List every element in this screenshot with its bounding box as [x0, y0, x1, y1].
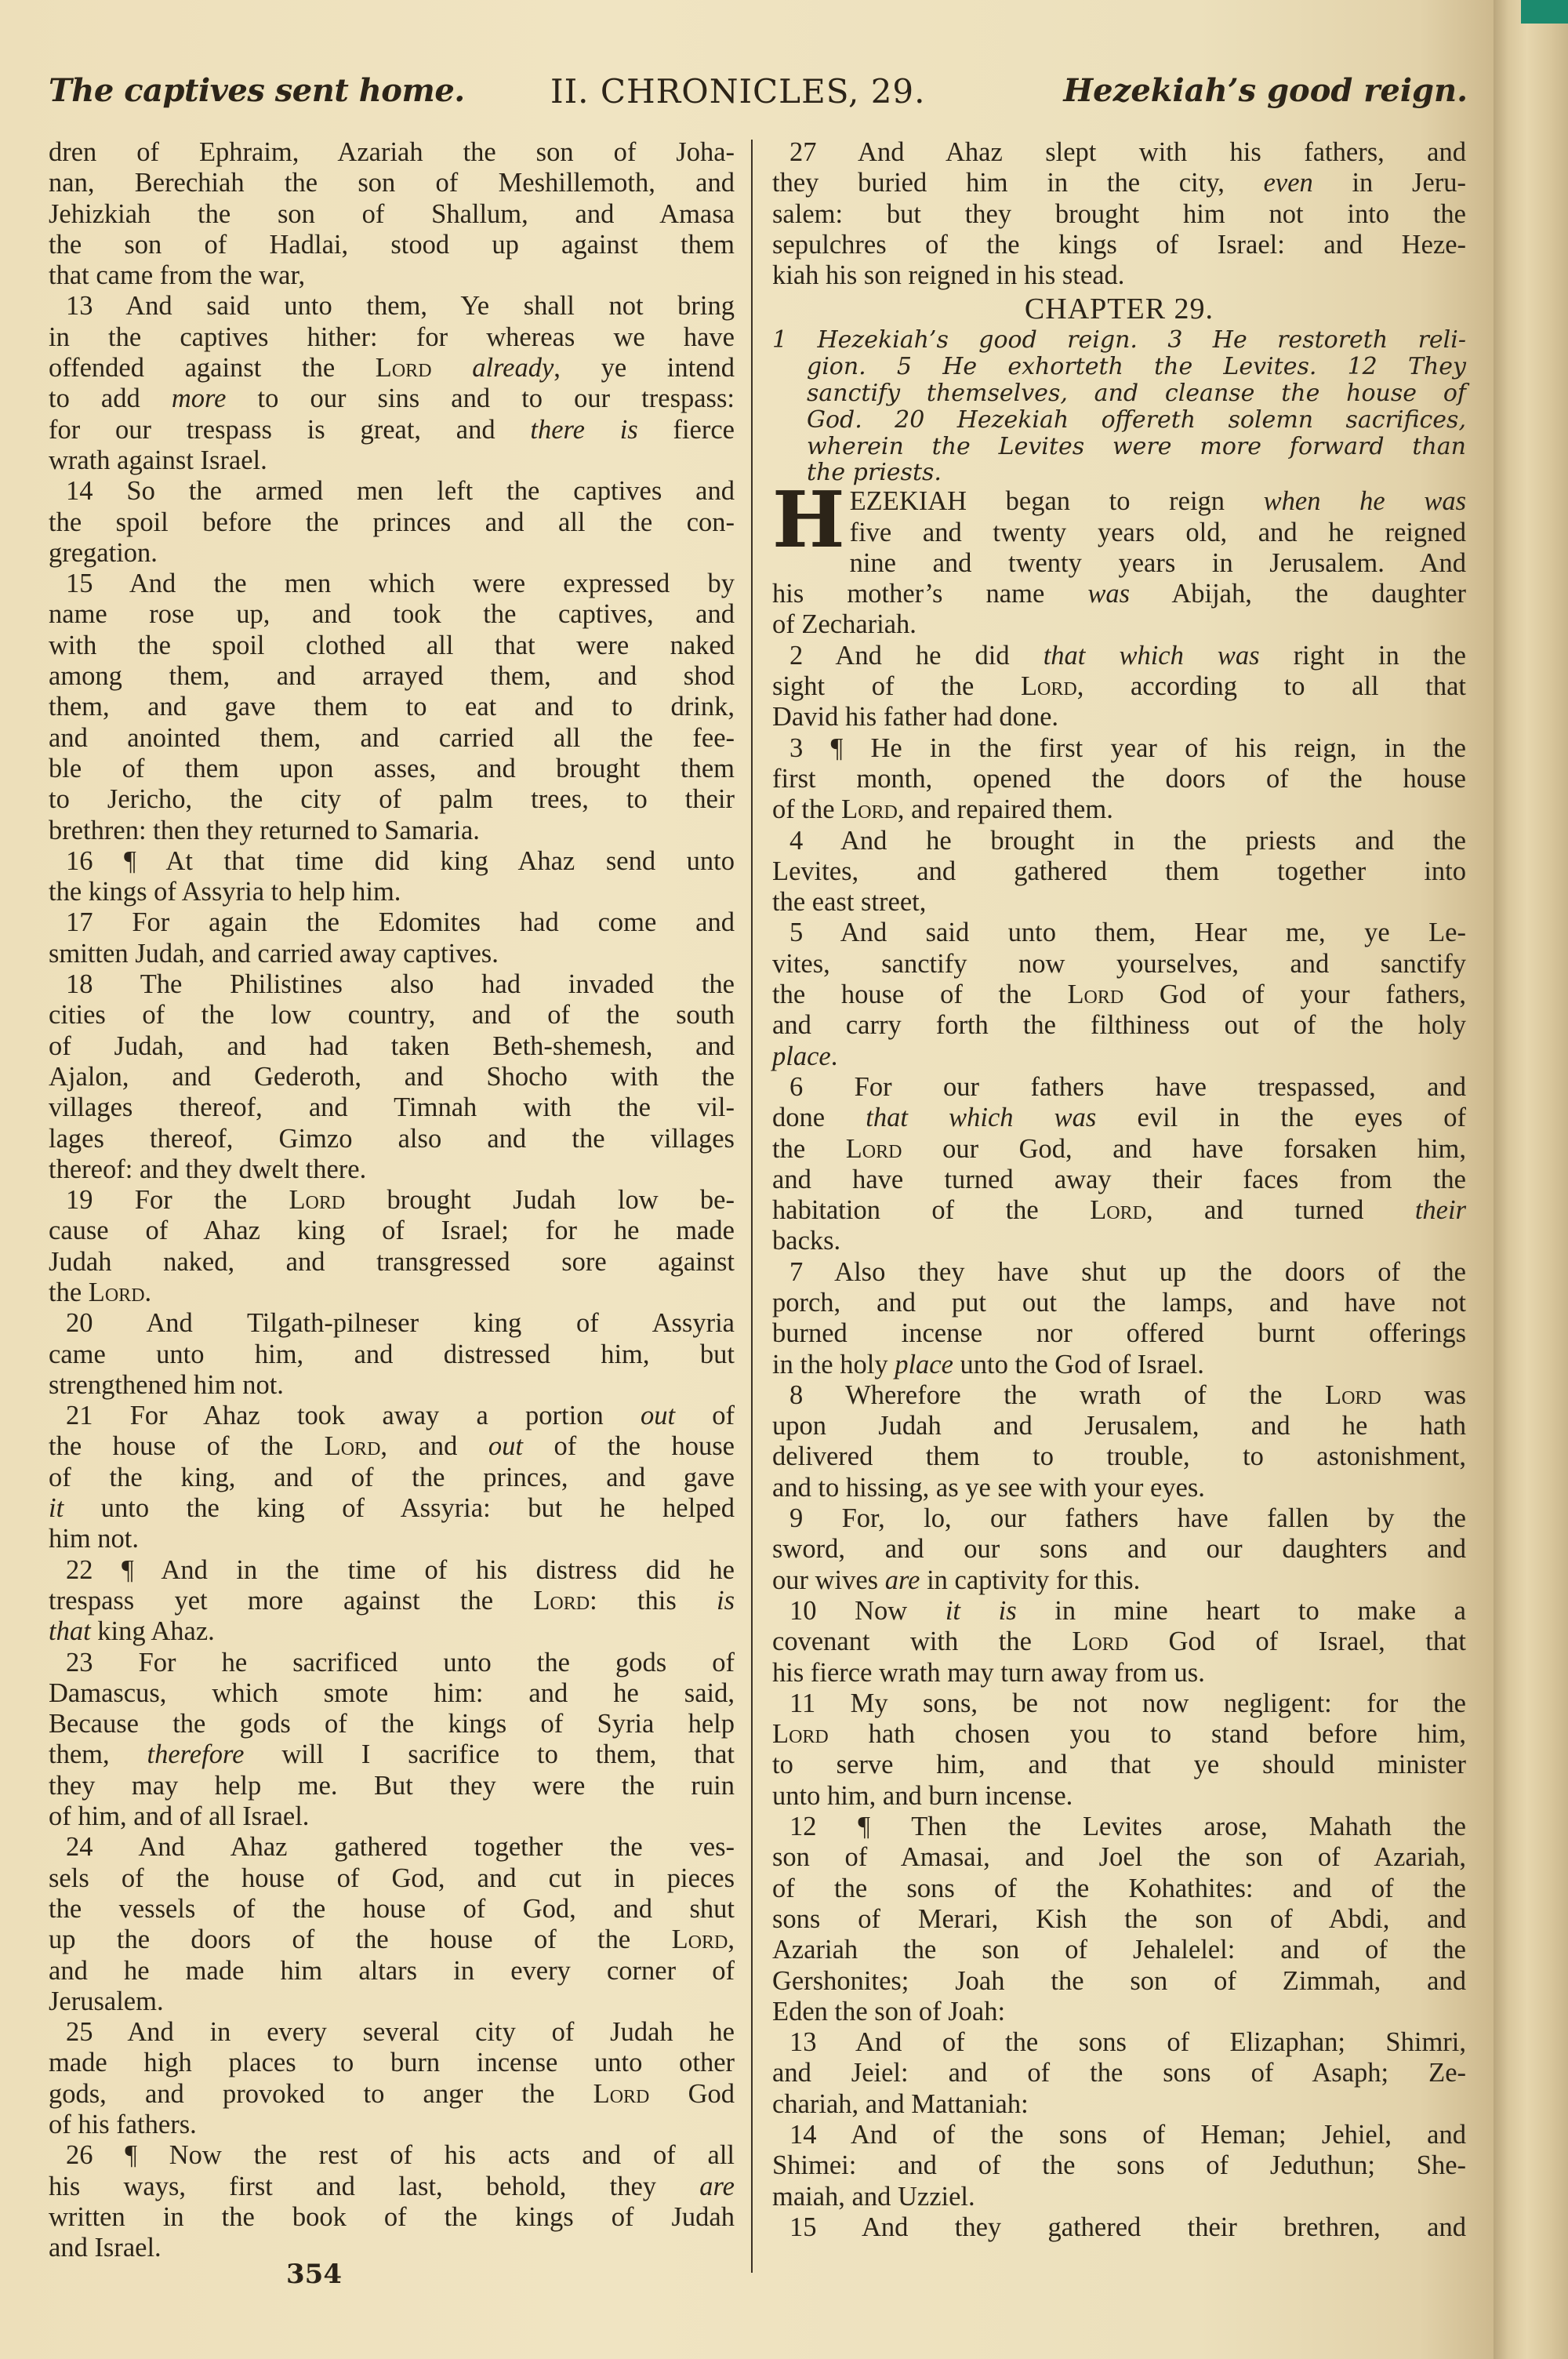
- text-line: 17 For again the Edomites had come and: [49, 907, 735, 938]
- text-line: of the Lord, and repaired them.: [772, 794, 1466, 825]
- text-line: nine and twenty years in Jerusalem. And: [772, 548, 1466, 579]
- text-line: and anointed them, and carried all the f…: [49, 723, 735, 754]
- text-line: maiah, and Uzziel.: [772, 2182, 1466, 2212]
- text-line: 2 And he did that which was right in the: [772, 641, 1466, 671]
- text-line: EZEKIAH began to reign when he was: [772, 486, 1466, 517]
- text-line: in the holy place unto the God of Israel…: [772, 1350, 1466, 1380]
- text-line: villages thereof, and Timnah with the vi…: [49, 1092, 735, 1123]
- text-line: 7 Also they have shut up the doors of th…: [772, 1257, 1466, 1288]
- summary-line: gion. 5 He exhorteth the Levites. 12 The…: [772, 354, 1466, 380]
- text-line: Damascus, which smote him: and he said,: [49, 1678, 735, 1709]
- drop-cap-lines: EZEKIAH began to reign when he wasfive a…: [772, 486, 1466, 548]
- text-line: Eden the son of Joah:: [772, 1997, 1466, 2027]
- text-line: 12 ¶ Then the Levites arose, Mahath the: [772, 1812, 1466, 1842]
- chapter-summary: 1 Hezekiah’s good reign. 3 He restoreth …: [772, 327, 1466, 486]
- text-line: made high places to burn incense unto ot…: [49, 2048, 735, 2078]
- text-line: 22 ¶ And in the time of his distress did…: [49, 1555, 735, 1586]
- text-line: of him, and of all Israel.: [49, 1801, 735, 1832]
- text-line: Because the gods of the kings of Syria h…: [49, 1709, 735, 1739]
- text-line: Shimei: and of the sons of Jeduthun; She…: [772, 2150, 1466, 2181]
- text-line: them, and gave them to eat and to drink,: [49, 692, 735, 722]
- text-line: sight of the Lord, according to all that: [772, 671, 1466, 702]
- text-line: Gershonites; Joah the son of Zimmah, and: [772, 1966, 1466, 1997]
- running-head-right: Hezekiah’s good reign.: [1063, 72, 1468, 109]
- text-line: 13 And of the sons of Elizaphan; Shimri,: [772, 2027, 1466, 2058]
- text-line: cause of Ahaz king of Israel; for he mad…: [49, 1216, 735, 1246]
- text-line: they buried him in the city, even in Jer…: [772, 168, 1466, 198]
- chapter-heading: CHAPTER 29.: [772, 293, 1466, 325]
- text-line: up the doors of the house of the Lord,: [49, 1925, 735, 1955]
- text-line: of the king, and of the princes, and gav…: [49, 1463, 735, 1493]
- running-head-left: The captives sent home.: [49, 72, 465, 109]
- text-line: his ways, first and last, behold, they a…: [49, 2172, 735, 2202]
- text-line: 24 And Ahaz gathered together the ves-: [49, 1832, 735, 1863]
- text-line: Azariah the son of Jehalelel: and of the: [772, 1935, 1466, 1965]
- text-line: strengthened him not.: [49, 1370, 735, 1401]
- text-line: kiah his son reigned in his stead.: [772, 260, 1466, 291]
- text-line: and have turned away their faces from th…: [772, 1165, 1466, 1195]
- text-line: 25 And in every several city of Judah he: [49, 2017, 735, 2048]
- text-line: the son of Hadlai, stood up against them: [49, 230, 735, 260]
- text-line: habitation of the Lord, and turned their: [772, 1195, 1466, 1226]
- text-line: of the sons of the Kohathites: and of th…: [772, 1874, 1466, 1904]
- summary-line: sanctify themselves, and cleanse the hou…: [772, 380, 1466, 407]
- text-line: cities of the low country, and of the so…: [49, 1000, 735, 1030]
- text-line: 16 ¶ At that time did king Ahaz send unt…: [49, 846, 735, 877]
- text-line: ble of them upon asses, and brought them: [49, 754, 735, 784]
- left-column: dren of Ephraim, Azariah the son of Joha…: [49, 137, 735, 2263]
- text-line: 14 And of the sons of Heman; Jehiel, and: [772, 2120, 1466, 2150]
- text-line: delivered them to trouble, to astonishme…: [772, 1441, 1466, 1472]
- column-rule: [751, 140, 753, 2273]
- text-line: chariah, and Mattaniah:: [772, 2089, 1466, 2120]
- text-line: his mother’s name was Abijah, the daught…: [772, 579, 1466, 609]
- green-cover-corner: [1521, 0, 1568, 24]
- text-line: salem: but they brought him not into the: [772, 199, 1466, 230]
- summary-line: God. 20 Hezekiah offereth solemn sacrifi…: [772, 407, 1466, 434]
- text-line: 26 ¶ Now the rest of his acts and of all: [49, 2140, 735, 2171]
- text-line: with the spoil clothed all that were nak…: [49, 631, 735, 661]
- text-line: the east street,: [772, 887, 1466, 918]
- text-line: name rose up, and took the captives, and: [49, 599, 735, 630]
- text-line: that came from the war,: [49, 260, 735, 291]
- text-line: 23 For he sacrificed unto the gods of: [49, 1648, 735, 1678]
- text-line: sword, and our sons and our daughters an…: [772, 1534, 1466, 1565]
- text-line: offended against the Lord already, ye in…: [49, 353, 735, 383]
- text-line: to serve him, and that ye should ministe…: [772, 1750, 1466, 1780]
- text-line: trespass yet more against the Lord: this…: [49, 1586, 735, 1616]
- text-line: 13 And said unto them, Ye shall not brin…: [49, 291, 735, 322]
- summary-line: the priests.: [772, 460, 1466, 486]
- text-line: gregation.: [49, 538, 735, 569]
- text-line: 3 ¶ He in the first year of his reign, i…: [772, 733, 1466, 764]
- text-line: sepulchres of the kings of Israel: and H…: [772, 230, 1466, 260]
- text-line: written in the book of the kings of Juda…: [49, 2202, 735, 2233]
- text-line: wrath against Israel.: [49, 445, 735, 476]
- text-line: backs.: [772, 1226, 1466, 1256]
- text-line: the Lord our God, and have forsaken him,: [772, 1134, 1466, 1165]
- text-line: to add more to our sins and to our tresp…: [49, 383, 735, 414]
- text-line: in the captives hither: for whereas we h…: [49, 322, 735, 353]
- text-line: Ajalon, and Gederoth, and Shocho with th…: [49, 1062, 735, 1092]
- text-line: his fierce wrath may turn away from us.: [772, 1658, 1466, 1688]
- text-line: five and twenty years old, and he reigne…: [772, 518, 1466, 548]
- text-line: son of Amasai, and Joel the son of Azari…: [772, 1842, 1466, 1873]
- text-line: place.: [772, 1041, 1466, 1072]
- text-line: 18 The Philistines also had invaded the: [49, 969, 735, 1000]
- text-line: them, therefore will I sacrifice to them…: [49, 1739, 735, 1770]
- text-line: 8 Wherefore the wrath of the Lord was: [772, 1380, 1466, 1411]
- chapter-opening: H EZEKIAH began to reign when he wasfive…: [772, 486, 1466, 548]
- text-line: David his father had done.: [772, 702, 1466, 732]
- text-line: it unto the king of Assyria: but he help…: [49, 1493, 735, 1524]
- text-line: nan, Berechiah the son of Meshillemoth, …: [49, 168, 735, 198]
- text-line: 15 And they gathered their brethren, and: [772, 2212, 1466, 2243]
- text-line: the kings of Assyria to help him.: [49, 877, 735, 907]
- text-line: 20 And Tilgath-pilneser king of Assyria: [49, 1308, 735, 1339]
- text-line: came unto him, and distressed him, but: [49, 1339, 735, 1370]
- text-line: for our trespass is great, and there is …: [49, 415, 735, 445]
- text-line: the Lord.: [49, 1278, 735, 1308]
- text-line: unto him, and burn incense.: [772, 1781, 1466, 1812]
- text-line: Jehizkiah the son of Shallum, and Amasa: [49, 199, 735, 230]
- text-line: 9 For, lo, our fathers have fallen by th…: [772, 1503, 1466, 1534]
- right-column-body: nine and twenty years in Jerusalem. Andh…: [772, 548, 1466, 2243]
- verse-block-27: 27 And Ahaz slept with his fathers, andt…: [772, 137, 1466, 291]
- text-line: and to hissing, as ye see with your eyes…: [772, 1473, 1466, 1503]
- text-line: Judah naked, and transgressed sore again…: [49, 1247, 735, 1278]
- text-line: Levites, and gathered them together into: [772, 856, 1466, 887]
- text-line: to Jericho, the city of palm trees, to t…: [49, 784, 735, 815]
- text-line: thereof: and they dwelt there.: [49, 1154, 735, 1185]
- summary-line: wherein the Levites were more forward th…: [772, 434, 1466, 460]
- text-line: that king Ahaz.: [49, 1616, 735, 1647]
- text-line: the spoil before the princes and all the…: [49, 507, 735, 538]
- text-line: sels of the house of God, and cut in pie…: [49, 1863, 735, 1894]
- text-line: 15 And the men which were expressed by: [49, 569, 735, 599]
- text-line: porch, and put out the lamps, and have n…: [772, 1288, 1466, 1318]
- text-line: covenant with the Lord God of Israel, th…: [772, 1627, 1466, 1657]
- text-line: 14 So the armed men left the captives an…: [49, 476, 735, 507]
- text-line: vites, sanctify now yourselves, and sanc…: [772, 949, 1466, 980]
- text-line: 21 For Ahaz took away a portion out of: [49, 1401, 735, 1431]
- book-gutter: [1494, 0, 1568, 2359]
- text-line: gods, and provoked to anger the Lord God: [49, 2079, 735, 2110]
- text-line: our wives are in captivity for this.: [772, 1565, 1466, 1596]
- text-line: done that which was evil in the eyes of: [772, 1103, 1466, 1133]
- text-line: the house of the Lord, and out of the ho…: [49, 1431, 735, 1462]
- text-line: 5 And said unto them, Hear me, ye Le-: [772, 918, 1466, 948]
- text-line: of his fathers.: [49, 2110, 735, 2140]
- text-line: among them, and arrayed them, and shod: [49, 661, 735, 692]
- text-line: 19 For the Lord brought Judah low be-: [49, 1185, 735, 1216]
- text-line: lages thereof, Gimzo also and the villag…: [49, 1124, 735, 1154]
- text-line: sons of Merari, Kish the son of Abdi, an…: [772, 1904, 1466, 1935]
- text-line: 6 For our fathers have trespassed, and: [772, 1072, 1466, 1103]
- text-line: burned incense nor offered burnt offerin…: [772, 1318, 1466, 1349]
- text-line: 4 And he brought in the priests and the: [772, 826, 1466, 856]
- text-line: upon Judah and Jerusalem, and he hath: [772, 1411, 1466, 1441]
- text-line: him not.: [49, 1524, 735, 1554]
- text-line: the vessels of the house of God, and shu…: [49, 1894, 735, 1925]
- text-line: smitten Judah, and carried away captives…: [49, 939, 735, 969]
- text-line: brethren: then they returned to Samaria.: [49, 816, 735, 846]
- right-column: 27 And Ahaz slept with his fathers, andt…: [772, 137, 1466, 2243]
- text-line: 10 Now it is in mine heart to make a: [772, 1596, 1466, 1627]
- text-line: the house of the Lord God of your father…: [772, 980, 1466, 1010]
- text-line: Jerusalem.: [49, 1986, 735, 2017]
- text-line: 27 And Ahaz slept with his fathers, and: [772, 137, 1466, 168]
- summary-line: 1 Hezekiah’s good reign. 3 He restoreth …: [772, 327, 1466, 354]
- text-line: first month, opened the doors of the hou…: [772, 764, 1466, 794]
- running-head: The captives sent home. II. CHRONICLES, …: [49, 72, 1468, 119]
- text-line: and he made him altars in every corner o…: [49, 1956, 735, 1986]
- running-head-book-chapter: II. CHRONICLES, 29.: [550, 72, 926, 111]
- text-line: and Israel.: [49, 2233, 735, 2263]
- text-line: Lord hath chosen you to stand before him…: [772, 1719, 1466, 1750]
- text-line: and Jeiel: and of the sons of Asaph; Ze-: [772, 2058, 1466, 2088]
- text-line: of Judah, and had taken Beth-shemesh, an…: [49, 1031, 735, 1062]
- text-line: they may help me. But they were the ruin: [49, 1771, 735, 1801]
- text-line: dren of Ephraim, Azariah the son of Joha…: [49, 137, 735, 168]
- text-line: and carry forth the filthiness out of th…: [772, 1010, 1466, 1041]
- text-line: 11 My sons, be not now negligent: for th…: [772, 1688, 1466, 1719]
- text-line: of Zechariah.: [772, 609, 1466, 640]
- page-number: 354: [286, 2259, 342, 2290]
- drop-cap: H: [772, 489, 845, 552]
